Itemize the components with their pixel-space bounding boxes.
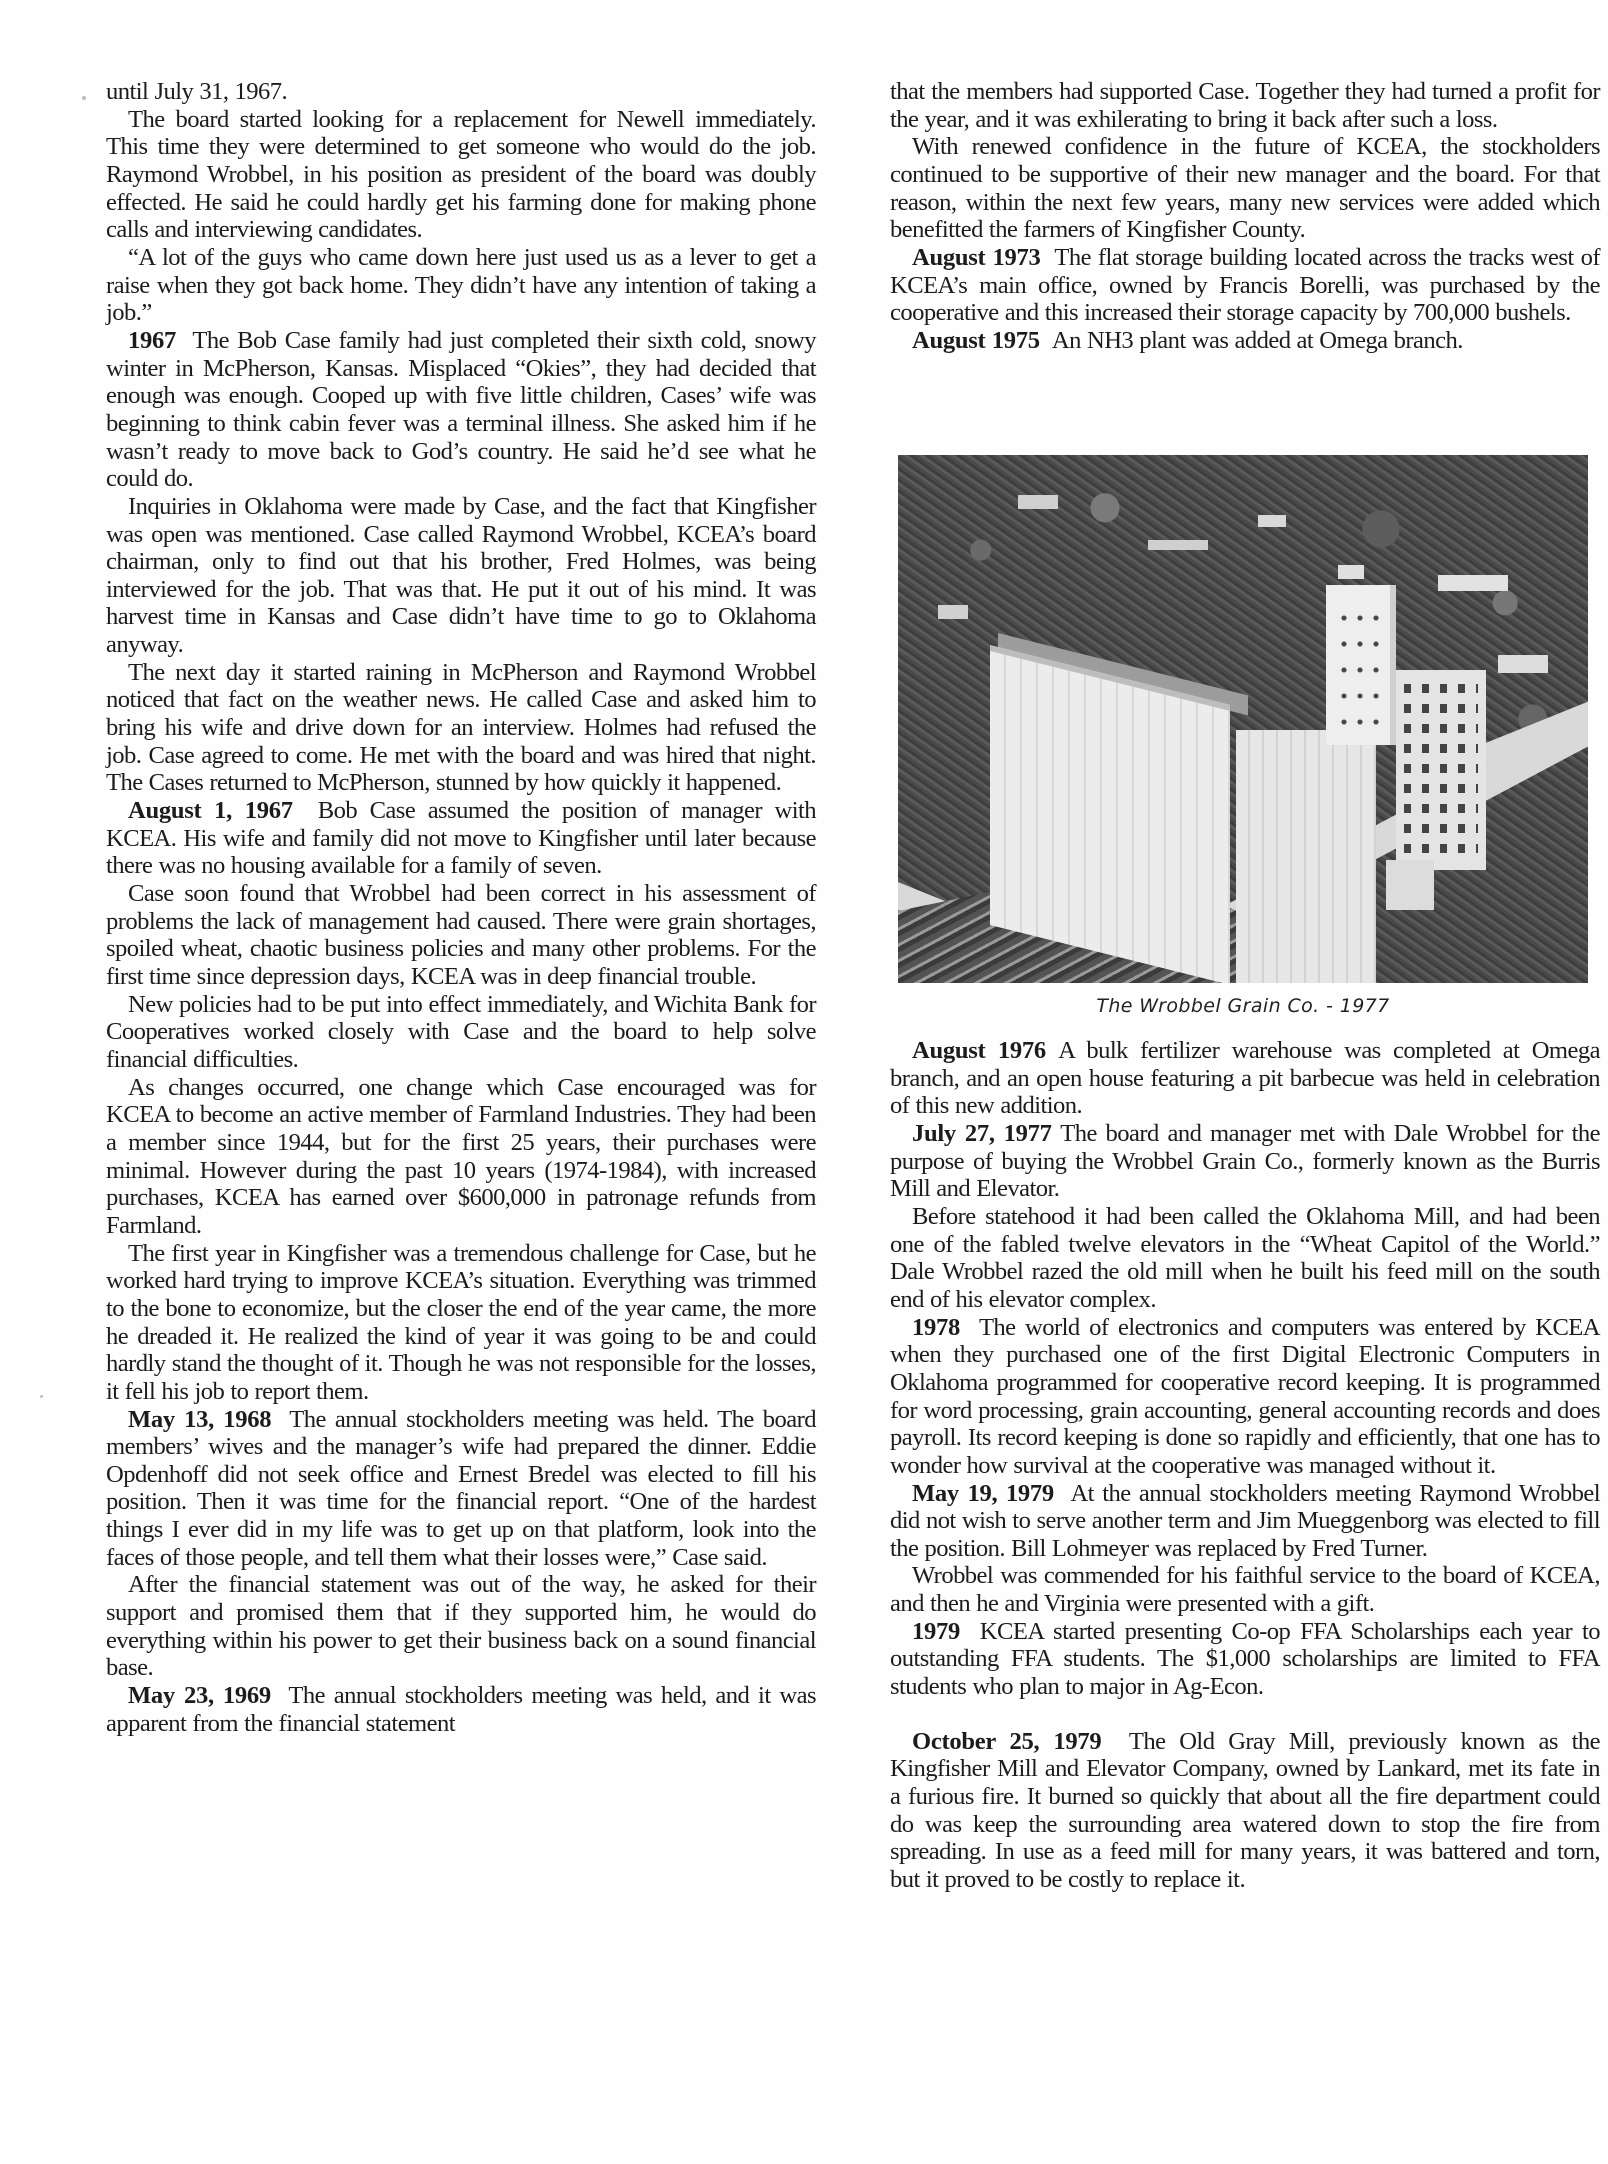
entry-date: August 1975 [912, 327, 1040, 354]
paragraph-text: Case soon found that Wrobbel had been co… [106, 880, 816, 990]
paragraph-text: KCEA started presenting Co-op FFA Schola… [890, 1618, 1600, 1700]
dated-paragraph: 1967 The Bob Case family had just comple… [106, 327, 816, 493]
paragraph: “A lot of the guys who came down here ju… [106, 244, 816, 327]
photo-shed [1386, 860, 1434, 910]
paragraph-text: The world of electronics and computers w… [890, 1314, 1600, 1479]
photo-silo-bank [990, 645, 1230, 983]
paragraph-text: Inquiries in Oklahoma were made by Case,… [106, 493, 816, 658]
left-column: until July 31, 1967. The board started l… [106, 78, 816, 1737]
dated-paragraph: October 25, 1979 The Old Gray Mill, prev… [890, 1728, 1600, 1894]
dated-paragraph: August 1973 The flat storage building lo… [890, 244, 1600, 327]
paragraph-text: The board started looking for a replacem… [106, 106, 816, 244]
paragraph: New policies had to be put into effect i… [106, 991, 816, 1074]
paragraph-text: After the financial statement was out of… [106, 1571, 816, 1681]
entry-date: August 1973 [912, 244, 1041, 271]
paragraph-text: The next day it started raining in McPhe… [106, 659, 816, 797]
dated-paragraph: August 1975 An NH3 plant was added at Om… [890, 327, 1600, 355]
paragraph: The first year in Kingfisher was a treme… [106, 1240, 816, 1406]
dated-paragraph: May 23, 1969 The annual stockholders mee… [106, 1682, 816, 1737]
photo-mill-building [1396, 670, 1486, 870]
dated-paragraph: 1978 The world of electronics and comput… [890, 1314, 1600, 1480]
dated-paragraph: August 1, 1967 Bob Case assumed the posi… [106, 797, 816, 880]
paragraph-text: With renewed confidence in the future of… [890, 133, 1600, 243]
paragraph-text: Before statehood it had been called the … [890, 1203, 1600, 1313]
paragraph: Inquiries in Oklahoma were made by Case,… [106, 493, 816, 659]
entry-date: October 25, 1979 [912, 1728, 1101, 1755]
entry-date: August 1976 [912, 1037, 1046, 1064]
paragraph-text: As changes occurred, one change which Ca… [106, 1074, 816, 1239]
paragraph: After the financial statement was out of… [106, 1571, 816, 1682]
paragraph: Before statehood it had been called the … [890, 1203, 1600, 1314]
dated-paragraph: May 13, 1968 The annual stockholders mee… [106, 1406, 816, 1572]
entry-date: 1978 [912, 1314, 960, 1341]
photo-figure: The Wrobbel Grain Co. - 1977 [898, 455, 1588, 1017]
entry-date: May 13, 1968 [128, 1406, 271, 1433]
right-column-top: that the members had supported Case. Tog… [890, 78, 1600, 355]
paragraph: The next day it started raining in McPhe… [106, 659, 816, 797]
paragraph: that the members had supported Case. Tog… [890, 78, 1600, 133]
paragraph-text: The first year in Kingfisher was a treme… [106, 1240, 816, 1405]
paragraph: Wrobbel was commended for his faithful s… [890, 1562, 1600, 1617]
entry-date: 1967 [128, 327, 176, 354]
dated-paragraph: July 27, 1977 The board and manager met … [890, 1120, 1600, 1203]
paragraph-text: that the members had supported Case. Tog… [890, 78, 1600, 133]
paragraph-text: Wrobbel was commended for his faithful s… [890, 1562, 1600, 1617]
photo-caption: The Wrobbel Grain Co. - 1977 [898, 995, 1588, 1017]
entry-date: August 1, 1967 [128, 797, 293, 824]
paragraph-text: An NH3 plant was added at Omega branch. [1052, 327, 1463, 354]
photo-headhouse-tower [1326, 585, 1396, 745]
paragraph: With renewed confidence in the future of… [890, 133, 1600, 244]
grain-elevator-photo [898, 455, 1588, 983]
entry-date: July 27, 1977 [912, 1120, 1052, 1147]
entry-date: May 23, 1969 [128, 1682, 271, 1709]
paragraph: The board started looking for a replacem… [106, 106, 816, 244]
paragraph-text: The Bob Case family had just completed t… [106, 327, 816, 492]
scan-speck [82, 96, 86, 100]
dated-paragraph: 1979 KCEA started presenting Co-op FFA S… [890, 1618, 1600, 1701]
dated-paragraph: August 1976 A bulk fertilizer warehouse … [890, 1037, 1600, 1120]
paragraph: until July 31, 1967. [106, 78, 816, 106]
document-page: until July 31, 1967. The board started l… [0, 0, 1608, 2164]
scan-speck [40, 1395, 43, 1398]
photo-silo-block [1236, 730, 1376, 983]
entry-date: 1979 [912, 1618, 960, 1645]
paragraph-text: New policies had to be put into effect i… [106, 991, 816, 1073]
scan-speck [1110, 82, 1112, 88]
paragraph-text: “A lot of the guys who came down here ju… [106, 244, 816, 326]
right-column-bottom: August 1976 A bulk fertilizer warehouse … [890, 1037, 1600, 1894]
paragraph: As changes occurred, one change which Ca… [106, 1074, 816, 1240]
paragraph: Case soon found that Wrobbel had been co… [106, 880, 816, 991]
paragraph-text: until July 31, 1967. [106, 78, 287, 105]
dated-paragraph: May 19, 1979 At the annual stockholders … [890, 1480, 1600, 1563]
entry-date: May 19, 1979 [912, 1480, 1054, 1507]
